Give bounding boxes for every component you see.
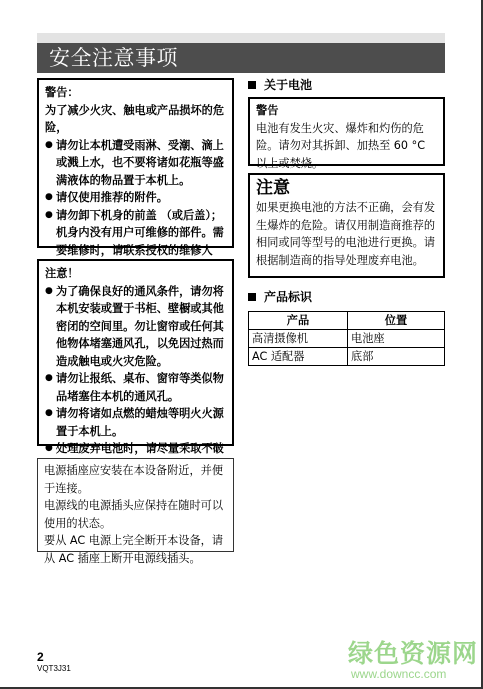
power-notice-box: 电源插座应安装在本设备附近，并便于连接。 电源线的电源插头应保持在随时可以使用的… [37, 458, 234, 552]
table-cell: 底部 [348, 348, 445, 366]
page-number: 2 [37, 651, 44, 664]
table-row: AC 适配器 底部 [249, 348, 445, 366]
table-header-row: 产品 位置 [249, 312, 445, 330]
table-cell: 电池座 [348, 330, 445, 348]
caution-box: 注意！ ● 为了确保良好的通风条件，请勿将本机安装或置于书柜、壁橱或其他密闭的空… [37, 259, 234, 446]
table-row: 高清摄像机 电池座 [249, 330, 445, 348]
document-code: VQT3J31 [37, 664, 71, 674]
caution-heading: 注意！ [45, 265, 227, 283]
square-bullet-icon [248, 293, 256, 301]
battery-caution-box: 注意 如果更换电池的方法不正确，会有发生爆炸的危险。请仅用制造商推荐的相同或同等… [248, 173, 445, 278]
battery-section-heading: 关于电池 [248, 77, 312, 93]
bullet-icon: ● [45, 370, 56, 405]
battery-warning-heading: 警告 [256, 102, 438, 120]
watermark-name: 绿色资源网 [348, 640, 478, 668]
table-cell: AC 适配器 [249, 348, 348, 366]
power-notice-line: 要从 AC 电源上完全断开本设备，请从 AC 插座上断开电源线插头。 [44, 532, 228, 567]
battery-caution-heading: 注意 [256, 177, 438, 199]
warning-bullet: ● 请仅使用推荐的附件。 [45, 189, 227, 207]
bullet-icon: ● [45, 189, 56, 207]
power-notice-line: 电源线的电源插头应保持在随时可以使用的状态。 [44, 497, 228, 532]
page-title: 安全注意事项 [49, 45, 178, 72]
square-bullet-icon [248, 81, 256, 89]
battery-caution-text: 如果更换电池的方法不正确，会有发生爆炸的危险。请仅用制造商推荐的相同或同等型号的… [256, 199, 438, 269]
table-cell: 高清摄像机 [249, 330, 348, 348]
header-stripe [37, 33, 445, 43]
section-header-bar: 安全注意事项 [37, 43, 445, 73]
caution-bullet: ● 为了确保良好的通风条件，请勿将本机安装或置于书柜、壁橱或其他密闭的空间里。勿… [45, 283, 227, 371]
bullet-icon: ● [45, 137, 56, 190]
warning-heading: 警告： [45, 84, 227, 102]
caution-bullet: ● 请勿让报纸、桌布、窗帘等类似物品堵塞住本机的通风孔。 [45, 370, 227, 405]
warning-intro: 为了减少火灾、触电或产品损坏的危险， [45, 102, 227, 137]
battery-warning-box: 警告 电池有发生火灾、爆炸和灼伤的危险。请勿对其拆卸、加热至 60 °C 以上或… [248, 97, 445, 166]
caution-bullet: ● 请勿将诸如点燃的蜡烛等明火火源置于本机上。 [45, 405, 227, 440]
warning-box: 警告： 为了减少火灾、触电或产品损坏的危险， ● 请勿让本机遭受雨淋、受潮、滴上… [37, 78, 234, 248]
watermark-url: www.downcc.com [351, 667, 446, 681]
bullet-icon: ● [45, 283, 56, 371]
battery-warning-text: 电池有发生火灾、爆炸和灼伤的危险。请勿对其拆卸、加热至 60 °C 以上或焚烧。 [256, 120, 438, 173]
table-header-location: 位置 [348, 312, 445, 330]
product-id-section-heading: 产品标识 [248, 289, 312, 305]
product-id-table: 产品 位置 高清摄像机 电池座 AC 适配器 底部 [248, 311, 445, 366]
table-header-product: 产品 [249, 312, 348, 330]
warning-bullet: ● 请勿让本机遭受雨淋、受潮、滴上或溅上水，也不要将诸如花瓶等盛满液体的物品置于… [45, 137, 227, 190]
power-notice-line: 电源插座应安装在本设备附近，并便于连接。 [44, 462, 228, 497]
bullet-icon: ● [45, 405, 56, 440]
